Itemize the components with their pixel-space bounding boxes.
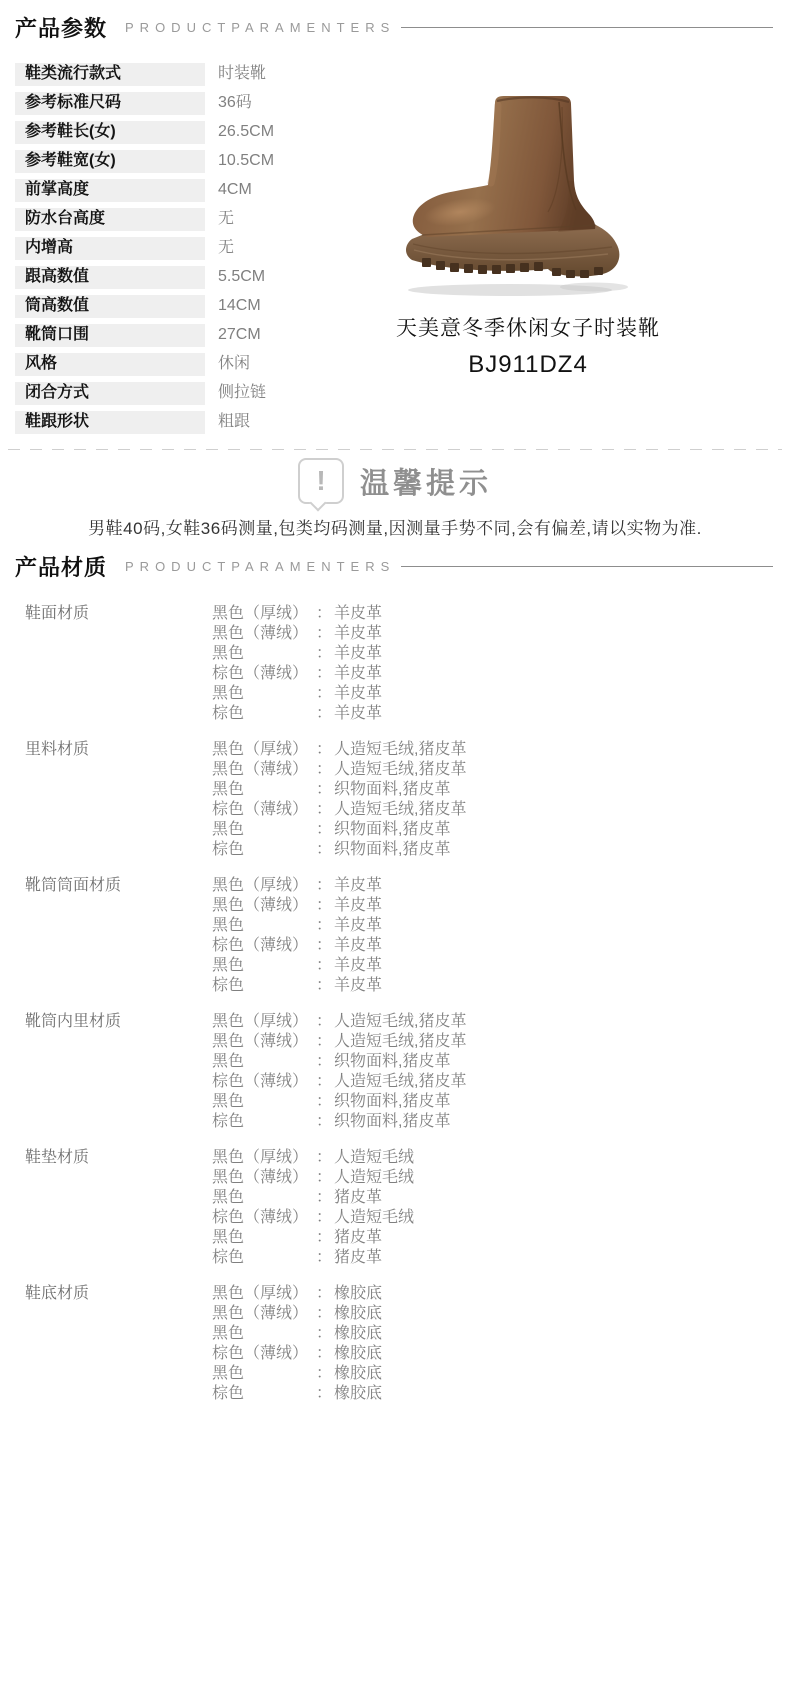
material-color-variant: 棕色（薄绒） bbox=[212, 1344, 316, 1364]
material-value: 织物面料,猪皮革 bbox=[334, 1112, 450, 1132]
material-line: 黑色（薄绒）：橡胶底 bbox=[212, 1304, 775, 1324]
material-value: 羊皮革 bbox=[334, 976, 382, 996]
material-colon: ： bbox=[316, 800, 334, 820]
material-section: 靴筒筒面材质黑色（厚绒）：羊皮革黑色（薄绒）：羊皮革黑色：羊皮革棕色（薄绒）：羊… bbox=[15, 876, 775, 996]
material-colon: ： bbox=[316, 684, 334, 704]
material-color-variant: 棕色（薄绒） bbox=[212, 1072, 316, 1092]
material-value: 猪皮革 bbox=[334, 1248, 382, 1268]
param-label: 筒高数值 bbox=[15, 295, 205, 318]
header-rule-line bbox=[401, 27, 773, 28]
material-color-variant: 黑色 bbox=[212, 1188, 316, 1208]
material-line: 棕色：织物面料,猪皮革 bbox=[212, 1112, 775, 1132]
material-line: 黑色：织物面料,猪皮革 bbox=[212, 1092, 775, 1112]
material-line: 黑色（厚绒）：人造短毛绒 bbox=[212, 1148, 775, 1168]
param-value: 无 bbox=[218, 237, 234, 260]
param-row: 鞋跟形状粗跟 bbox=[15, 411, 775, 434]
param-row: 闭合方式侧拉链 bbox=[15, 382, 775, 405]
material-color-variant: 棕色 bbox=[212, 976, 316, 996]
material-color-variant: 黑色 bbox=[212, 644, 316, 664]
param-value: 14CM bbox=[218, 295, 261, 318]
material-value: 织物面料,猪皮革 bbox=[334, 1052, 450, 1072]
param-label: 防水台高度 bbox=[15, 208, 205, 231]
material-rows: 黑色（厚绒）：橡胶底黑色（薄绒）：橡胶底黑色：橡胶底棕色（薄绒）：橡胶底黑色：橡… bbox=[212, 1284, 775, 1404]
material-colon: ： bbox=[316, 1304, 334, 1324]
material-line: 棕色（薄绒）：人造短毛绒 bbox=[212, 1208, 775, 1228]
material-rows: 黑色（厚绒）：人造短毛绒黑色（薄绒）：人造短毛绒黑色：猪皮革棕色（薄绒）：人造短… bbox=[212, 1148, 775, 1268]
material-value: 猪皮革 bbox=[334, 1188, 382, 1208]
material-line: 黑色：橡胶底 bbox=[212, 1364, 775, 1384]
materials-section-header: 产品材质 PRODUCTPARAMENTERS bbox=[15, 539, 775, 582]
material-line: 棕色（薄绒）：人造短毛绒,猪皮革 bbox=[212, 1072, 775, 1092]
material-color-variant: 黑色 bbox=[212, 684, 316, 704]
material-color-variant: 黑色 bbox=[212, 1228, 316, 1248]
material-value: 人造短毛绒 bbox=[334, 1208, 414, 1228]
material-colon: ： bbox=[316, 876, 334, 896]
material-colon: ： bbox=[316, 916, 334, 936]
param-value: 无 bbox=[218, 208, 234, 231]
material-line: 棕色（薄绒）：人造短毛绒,猪皮革 bbox=[212, 800, 775, 820]
material-value: 织物面料,猪皮革 bbox=[334, 780, 450, 800]
material-value: 羊皮革 bbox=[334, 684, 382, 704]
param-label: 闭合方式 bbox=[15, 382, 205, 405]
header-rule-line bbox=[401, 566, 773, 567]
tips-section: ! 温馨提示 男鞋40码,女鞋36码测量,包类均码测量,因测量手势不同,会有偏差… bbox=[15, 458, 775, 539]
material-line: 黑色（厚绒）：人造短毛绒,猪皮革 bbox=[212, 1012, 775, 1032]
material-colon: ： bbox=[316, 1188, 334, 1208]
material-color-variant: 黑色（薄绒） bbox=[212, 1032, 316, 1052]
material-color-variant: 棕色（薄绒） bbox=[212, 936, 316, 956]
material-colon: ： bbox=[316, 1284, 334, 1304]
material-colon: ： bbox=[316, 896, 334, 916]
material-colon: ： bbox=[316, 1344, 334, 1364]
material-value: 橡胶底 bbox=[334, 1324, 382, 1344]
material-value: 羊皮革 bbox=[334, 936, 382, 956]
material-colon: ： bbox=[316, 664, 334, 684]
material-color-variant: 黑色 bbox=[212, 1324, 316, 1344]
material-section-label: 鞋底材质 bbox=[15, 1284, 212, 1404]
param-value: 休闲 bbox=[218, 353, 250, 376]
material-line: 棕色（薄绒）：橡胶底 bbox=[212, 1344, 775, 1364]
material-color-variant: 黑色 bbox=[212, 916, 316, 936]
material-value: 橡胶底 bbox=[334, 1344, 382, 1364]
material-color-variant: 黑色 bbox=[212, 820, 316, 840]
param-value: 4CM bbox=[218, 179, 252, 202]
material-value: 羊皮革 bbox=[334, 916, 382, 936]
material-colon: ： bbox=[316, 1228, 334, 1248]
material-color-variant: 黑色（厚绒） bbox=[212, 740, 316, 760]
material-color-variant: 棕色 bbox=[212, 1384, 316, 1404]
material-colon: ： bbox=[316, 1052, 334, 1072]
material-line: 黑色（厚绒）：人造短毛绒,猪皮革 bbox=[212, 740, 775, 760]
material-colon: ： bbox=[316, 740, 334, 760]
material-line: 黑色：橡胶底 bbox=[212, 1324, 775, 1344]
material-rows: 黑色（厚绒）：羊皮革黑色（薄绒）：羊皮革黑色：羊皮革棕色（薄绒）：羊皮革黑色：羊… bbox=[212, 876, 775, 996]
material-color-variant: 棕色 bbox=[212, 1248, 316, 1268]
param-label: 参考鞋长(女) bbox=[15, 121, 205, 144]
product-detail-page: 产品参数 PRODUCTPARAMENTERS 鞋类流行款式时装靴参考标准尺码3… bbox=[0, 0, 790, 1404]
material-value: 羊皮革 bbox=[334, 624, 382, 644]
material-colon: ： bbox=[316, 820, 334, 840]
material-colon: ： bbox=[316, 1364, 334, 1384]
param-label: 内增高 bbox=[15, 237, 205, 260]
product-figure: 天美意冬季休闲女子时装靴 BJ911DZ4 bbox=[373, 93, 683, 379]
param-label: 风格 bbox=[15, 353, 205, 376]
material-color-variant: 黑色 bbox=[212, 1364, 316, 1384]
material-line: 黑色：羊皮革 bbox=[212, 644, 775, 664]
param-value: 粗跟 bbox=[218, 411, 250, 434]
material-colon: ： bbox=[316, 1032, 334, 1052]
exclamation-glyph: ! bbox=[316, 467, 325, 495]
param-value: 26.5CM bbox=[218, 121, 274, 144]
material-value: 人造短毛绒,猪皮革 bbox=[334, 800, 466, 820]
material-colon: ： bbox=[316, 936, 334, 956]
material-value: 织物面料,猪皮革 bbox=[334, 1092, 450, 1112]
material-colon: ： bbox=[316, 1168, 334, 1188]
material-line: 黑色：织物面料,猪皮革 bbox=[212, 780, 775, 800]
material-section: 鞋面材质黑色（厚绒）：羊皮革黑色（薄绒）：羊皮革黑色：羊皮革棕色（薄绒）：羊皮革… bbox=[15, 604, 775, 724]
material-colon: ： bbox=[316, 956, 334, 976]
material-value: 人造短毛绒 bbox=[334, 1148, 414, 1168]
material-value: 人造短毛绒,猪皮革 bbox=[334, 1032, 466, 1052]
material-color-variant: 棕色（薄绒） bbox=[212, 664, 316, 684]
material-colon: ： bbox=[316, 1384, 334, 1404]
material-section-label: 鞋垫材质 bbox=[15, 1148, 212, 1268]
material-color-variant: 棕色 bbox=[212, 1112, 316, 1132]
param-label: 鞋跟形状 bbox=[15, 411, 205, 434]
material-value: 橡胶底 bbox=[334, 1384, 382, 1404]
material-value: 人造短毛绒,猪皮革 bbox=[334, 1072, 466, 1092]
material-color-variant: 黑色（厚绒） bbox=[212, 1284, 316, 1304]
param-label: 跟高数值 bbox=[15, 266, 205, 289]
material-line: 黑色（厚绒）：羊皮革 bbox=[212, 604, 775, 624]
exclamation-bubble-icon: ! bbox=[298, 458, 344, 504]
param-label: 鞋类流行款式 bbox=[15, 63, 205, 86]
material-line: 黑色（薄绒）：人造短毛绒,猪皮革 bbox=[212, 1032, 775, 1052]
material-colon: ： bbox=[316, 1072, 334, 1092]
material-line: 黑色：猪皮革 bbox=[212, 1228, 775, 1248]
param-label: 参考鞋宽(女) bbox=[15, 150, 205, 173]
material-rows: 黑色（厚绒）：人造短毛绒,猪皮革黑色（薄绒）：人造短毛绒,猪皮革黑色：织物面料,… bbox=[212, 740, 775, 860]
material-value: 羊皮革 bbox=[334, 896, 382, 916]
params-title-en: PRODUCTPARAMENTERS bbox=[125, 20, 395, 35]
material-line: 黑色：羊皮革 bbox=[212, 684, 775, 704]
material-color-variant: 黑色（薄绒） bbox=[212, 760, 316, 780]
material-value: 橡胶底 bbox=[334, 1364, 382, 1384]
param-value: 5.5CM bbox=[218, 266, 265, 289]
material-colon: ： bbox=[316, 1092, 334, 1112]
material-value: 羊皮革 bbox=[334, 956, 382, 976]
material-color-variant: 黑色（薄绒） bbox=[212, 624, 316, 644]
material-value: 羊皮革 bbox=[334, 644, 382, 664]
param-row: 鞋类流行款式时装靴 bbox=[15, 63, 775, 86]
material-value: 羊皮革 bbox=[334, 876, 382, 896]
material-rows: 黑色（厚绒）：羊皮革黑色（薄绒）：羊皮革黑色：羊皮革棕色（薄绒）：羊皮革黑色：羊… bbox=[212, 604, 775, 724]
boot-heel-shadow bbox=[560, 283, 628, 292]
bubble-tail bbox=[309, 495, 326, 512]
material-value: 羊皮革 bbox=[334, 704, 382, 724]
material-line: 棕色：羊皮革 bbox=[212, 704, 775, 724]
material-line: 棕色：橡胶底 bbox=[212, 1384, 775, 1404]
material-colon: ： bbox=[316, 1324, 334, 1344]
material-colon: ： bbox=[316, 624, 334, 644]
material-color-variant: 黑色（薄绒） bbox=[212, 1304, 316, 1324]
param-label: 参考标准尺码 bbox=[15, 92, 205, 115]
material-line: 棕色（薄绒）：羊皮革 bbox=[212, 936, 775, 956]
material-color-variant: 黑色（厚绒） bbox=[212, 1148, 316, 1168]
material-color-variant: 棕色（薄绒） bbox=[212, 1208, 316, 1228]
material-line: 黑色（薄绒）：羊皮革 bbox=[212, 896, 775, 916]
param-label: 前掌高度 bbox=[15, 179, 205, 202]
material-color-variant: 黑色（薄绒） bbox=[212, 896, 316, 916]
material-value: 羊皮革 bbox=[334, 604, 382, 624]
material-section: 鞋垫材质黑色（厚绒）：人造短毛绒黑色（薄绒）：人造短毛绒黑色：猪皮革棕色（薄绒）… bbox=[15, 1148, 775, 1268]
param-value: 时装靴 bbox=[218, 63, 266, 86]
material-section: 里料材质黑色（厚绒）：人造短毛绒,猪皮革黑色（薄绒）：人造短毛绒,猪皮革黑色：织… bbox=[15, 740, 775, 860]
material-line: 棕色：织物面料,猪皮革 bbox=[212, 840, 775, 860]
material-line: 黑色（薄绒）：羊皮革 bbox=[212, 624, 775, 644]
params-section: 鞋类流行款式时装靴参考标准尺码36码参考鞋长(女)26.5CM参考鞋宽(女)10… bbox=[15, 63, 775, 435]
material-value: 橡胶底 bbox=[334, 1284, 382, 1304]
material-color-variant: 黑色（薄绒） bbox=[212, 1168, 316, 1188]
material-color-variant: 棕色（薄绒） bbox=[212, 800, 316, 820]
product-caption: 天美意冬季休闲女子时装靴 bbox=[373, 312, 683, 342]
params-title-cn: 产品参数 bbox=[15, 12, 107, 43]
material-colon: ： bbox=[316, 644, 334, 664]
material-colon: ： bbox=[316, 1148, 334, 1168]
material-section-label: 里料材质 bbox=[15, 740, 212, 860]
material-line: 棕色：羊皮革 bbox=[212, 976, 775, 996]
material-line: 棕色：猪皮革 bbox=[212, 1248, 775, 1268]
param-label: 靴筒口围 bbox=[15, 324, 205, 347]
materials-section: 鞋面材质黑色（厚绒）：羊皮革黑色（薄绒）：羊皮革黑色：羊皮革棕色（薄绒）：羊皮革… bbox=[15, 604, 775, 1404]
material-value: 人造短毛绒,猪皮革 bbox=[334, 740, 466, 760]
params-section-header: 产品参数 PRODUCTPARAMENTERS bbox=[15, 0, 775, 43]
material-value: 羊皮革 bbox=[334, 664, 382, 684]
material-value: 人造短毛绒 bbox=[334, 1168, 414, 1188]
param-value: 10.5CM bbox=[218, 150, 274, 173]
material-line: 黑色：猪皮革 bbox=[212, 1188, 775, 1208]
material-colon: ： bbox=[316, 840, 334, 860]
material-value: 橡胶底 bbox=[334, 1304, 382, 1324]
material-value: 人造短毛绒,猪皮革 bbox=[334, 760, 466, 780]
material-color-variant: 棕色 bbox=[212, 704, 316, 724]
param-value: 侧拉链 bbox=[218, 382, 266, 405]
material-color-variant: 黑色（厚绒） bbox=[212, 604, 316, 624]
materials-title-cn: 产品材质 bbox=[15, 551, 107, 582]
boot-product-image bbox=[398, 93, 658, 298]
material-colon: ： bbox=[316, 780, 334, 800]
material-line: 棕色（薄绒）：羊皮革 bbox=[212, 664, 775, 684]
material-color-variant: 黑色 bbox=[212, 1052, 316, 1072]
material-colon: ： bbox=[316, 760, 334, 780]
material-colon: ： bbox=[316, 1112, 334, 1132]
material-line: 黑色（厚绒）：羊皮革 bbox=[212, 876, 775, 896]
param-value: 27CM bbox=[218, 324, 261, 347]
material-value: 织物面料,猪皮革 bbox=[334, 820, 450, 840]
material-color-variant: 黑色 bbox=[212, 1092, 316, 1112]
tips-header: ! 温馨提示 bbox=[15, 458, 775, 504]
tips-text: 男鞋40码,女鞋36码测量,包类均码测量,因测量手势不同,会有偏差,请以实物为准… bbox=[15, 514, 775, 539]
material-line: 黑色：织物面料,猪皮革 bbox=[212, 1052, 775, 1072]
material-line: 黑色（厚绒）：橡胶底 bbox=[212, 1284, 775, 1304]
dashed-divider bbox=[8, 449, 782, 450]
param-value: 36码 bbox=[218, 92, 252, 115]
product-code: BJ911DZ4 bbox=[373, 351, 683, 379]
material-color-variant: 黑色 bbox=[212, 956, 316, 976]
material-colon: ： bbox=[316, 1208, 334, 1228]
material-value: 人造短毛绒,猪皮革 bbox=[334, 1012, 466, 1032]
material-colon: ： bbox=[316, 1248, 334, 1268]
material-line: 黑色：羊皮革 bbox=[212, 956, 775, 976]
material-line: 黑色（薄绒）：人造短毛绒,猪皮革 bbox=[212, 760, 775, 780]
material-section-label: 靴筒内里材质 bbox=[15, 1012, 212, 1132]
materials-title-en: PRODUCTPARAMENTERS bbox=[125, 559, 395, 574]
material-line: 黑色（薄绒）：人造短毛绒 bbox=[212, 1168, 775, 1188]
material-color-variant: 黑色（厚绒） bbox=[212, 1012, 316, 1032]
material-colon: ： bbox=[316, 976, 334, 996]
material-color-variant: 黑色 bbox=[212, 780, 316, 800]
material-section: 靴筒内里材质黑色（厚绒）：人造短毛绒,猪皮革黑色（薄绒）：人造短毛绒,猪皮革黑色… bbox=[15, 1012, 775, 1132]
material-rows: 黑色（厚绒）：人造短毛绒,猪皮革黑色（薄绒）：人造短毛绒,猪皮革黑色：织物面料,… bbox=[212, 1012, 775, 1132]
material-color-variant: 棕色 bbox=[212, 840, 316, 860]
material-color-variant: 黑色（厚绒） bbox=[212, 876, 316, 896]
material-colon: ： bbox=[316, 1012, 334, 1032]
material-section-label: 靴筒筒面材质 bbox=[15, 876, 212, 996]
material-value: 织物面料,猪皮革 bbox=[334, 840, 450, 860]
material-section: 鞋底材质黑色（厚绒）：橡胶底黑色（薄绒）：橡胶底黑色：橡胶底棕色（薄绒）：橡胶底… bbox=[15, 1284, 775, 1404]
material-line: 黑色：羊皮革 bbox=[212, 916, 775, 936]
material-line: 黑色：织物面料,猪皮革 bbox=[212, 820, 775, 840]
material-section-label: 鞋面材质 bbox=[15, 604, 212, 724]
tips-title: 温馨提示 bbox=[360, 461, 492, 502]
material-colon: ： bbox=[316, 704, 334, 724]
material-colon: ： bbox=[316, 604, 334, 624]
material-value: 猪皮革 bbox=[334, 1228, 382, 1248]
